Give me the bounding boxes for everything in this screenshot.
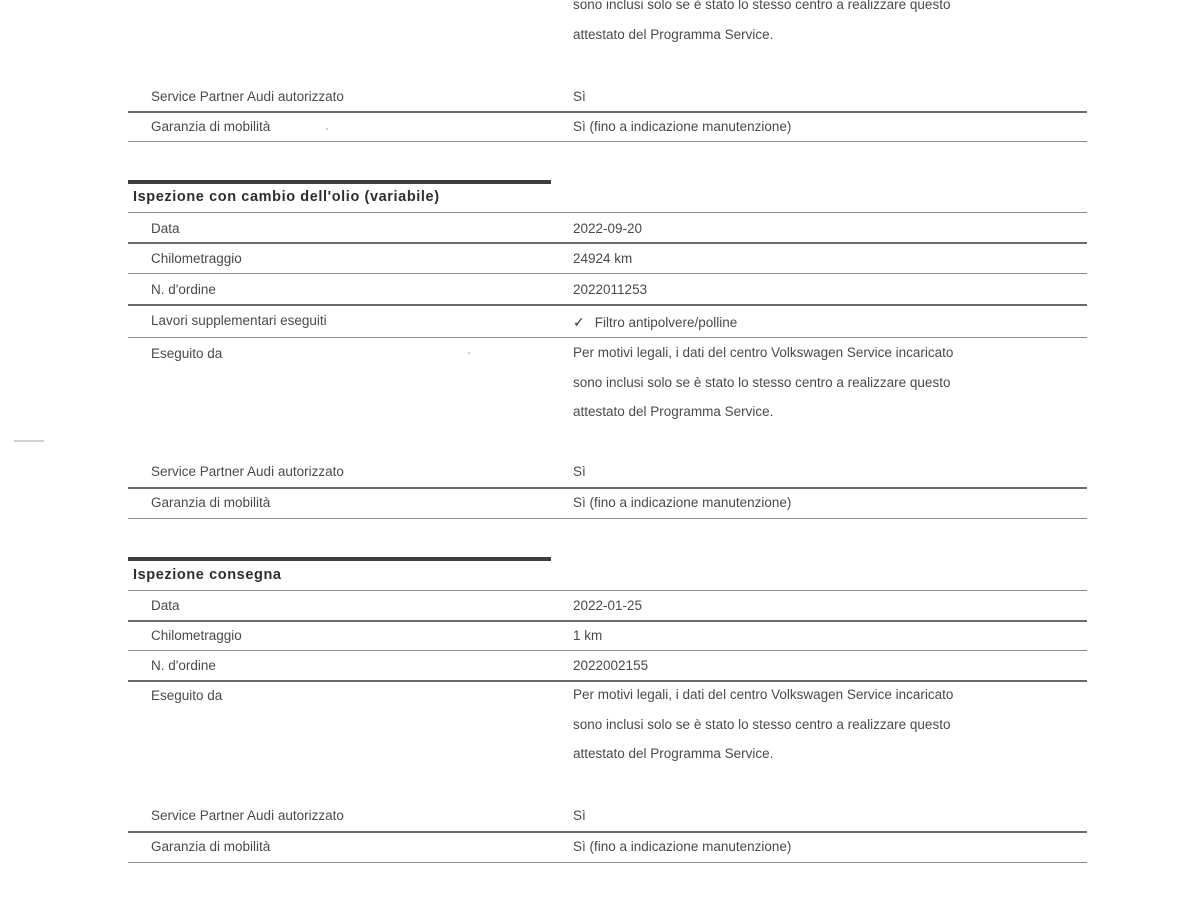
section-header-bar — [128, 557, 551, 561]
mileage-label: Chilometraggio — [151, 251, 242, 266]
service-partner-label: Service Partner Audi autorizzato — [151, 808, 344, 823]
checkmark-icon: ✓ — [573, 314, 585, 330]
row-divider — [128, 212, 1087, 213]
executed-by-line: sono inclusi solo se è stato lo stesso c… — [573, 710, 1093, 740]
mileage-value: 1 km — [573, 628, 602, 643]
executed-by-label: Eseguito da — [151, 346, 222, 361]
date-label: Data — [151, 598, 180, 613]
top-executed-by-text: sono inclusi solo se è stato lo stesso c… — [573, 0, 1093, 49]
service-partner-value: Sì — [573, 464, 586, 479]
top-service-partner-value: Sì — [573, 89, 586, 104]
row-divider — [128, 487, 1087, 489]
executed-by-text: Per motivi legali, i dati del centro Vol… — [573, 338, 1093, 427]
executed-by-line: sono inclusi solo se è stato lo stesso c… — [573, 0, 1093, 20]
section-title: Ispezione consegna — [133, 567, 282, 583]
row-divider — [128, 620, 1087, 622]
extra-work-label: Lavori supplementari eseguiti — [151, 313, 327, 328]
mileage-value: 24924 km — [573, 251, 632, 266]
top-service-partner-label: Service Partner Audi autorizzato — [151, 89, 344, 104]
executed-by-line: attestato del Programma Service. — [573, 20, 1093, 50]
top-mobility-value: Sì (fino a indicazione manutenzione) — [573, 119, 791, 134]
extra-work-text: Filtro antipolvere/polline — [595, 315, 738, 330]
mobility-guarantee-label: Garanzia di mobilità — [151, 495, 270, 510]
order-number-label: N. d'ordine — [151, 282, 216, 297]
row-divider — [128, 831, 1087, 833]
scan-artifact — [14, 440, 44, 442]
section-title: Ispezione con cambio dell'olio (variabil… — [133, 189, 440, 205]
mobility-guarantee-label: Garanzia di mobilità — [151, 839, 270, 854]
mobility-guarantee-value: Sì (fino a indicazione manutenzione) — [573, 839, 791, 854]
order-number-value: 2022002155 — [573, 658, 648, 673]
scanned-service-record-page: sono inclusi solo se è stato lo stesso c… — [0, 0, 1200, 900]
date-value: 2022-01-25 — [573, 598, 642, 613]
executed-by-line: attestato del Programma Service. — [573, 397, 1093, 427]
executed-by-line: sono inclusi solo se è stato lo stesso c… — [573, 368, 1093, 398]
mileage-label: Chilometraggio — [151, 628, 242, 643]
row-divider — [128, 304, 1087, 306]
executed-by-line: Per motivi legali, i dati del centro Vol… — [573, 680, 1093, 710]
extra-work-value: ✓Filtro antipolvere/polline — [573, 314, 737, 331]
scan-artifact — [326, 128, 328, 130]
date-label: Data — [151, 221, 180, 236]
top-mobility-label: Garanzia di mobilità — [151, 119, 270, 134]
service-partner-value: Sì — [573, 808, 586, 823]
executed-by-line: Per motivi legali, i dati del centro Vol… — [573, 338, 1093, 368]
executed-by-label: Eseguito da — [151, 688, 222, 703]
row-divider — [128, 141, 1087, 142]
row-divider — [128, 242, 1087, 244]
row-divider — [128, 862, 1087, 863]
mobility-guarantee-value: Sì (fino a indicazione manutenzione) — [573, 495, 791, 510]
row-divider — [128, 111, 1087, 113]
executed-by-line: attestato del Programma Service. — [573, 739, 1093, 769]
order-number-label: N. d'ordine — [151, 658, 216, 673]
executed-by-text: Per motivi legali, i dati del centro Vol… — [573, 680, 1093, 769]
date-value: 2022-09-20 — [573, 221, 642, 236]
row-divider — [128, 273, 1087, 274]
row-divider — [128, 590, 1087, 591]
row-divider — [128, 650, 1087, 651]
row-divider — [128, 518, 1087, 519]
scan-artifact — [468, 352, 470, 354]
service-partner-label: Service Partner Audi autorizzato — [151, 464, 344, 479]
order-number-value: 2022011253 — [573, 282, 647, 297]
section-header-bar — [128, 180, 551, 184]
